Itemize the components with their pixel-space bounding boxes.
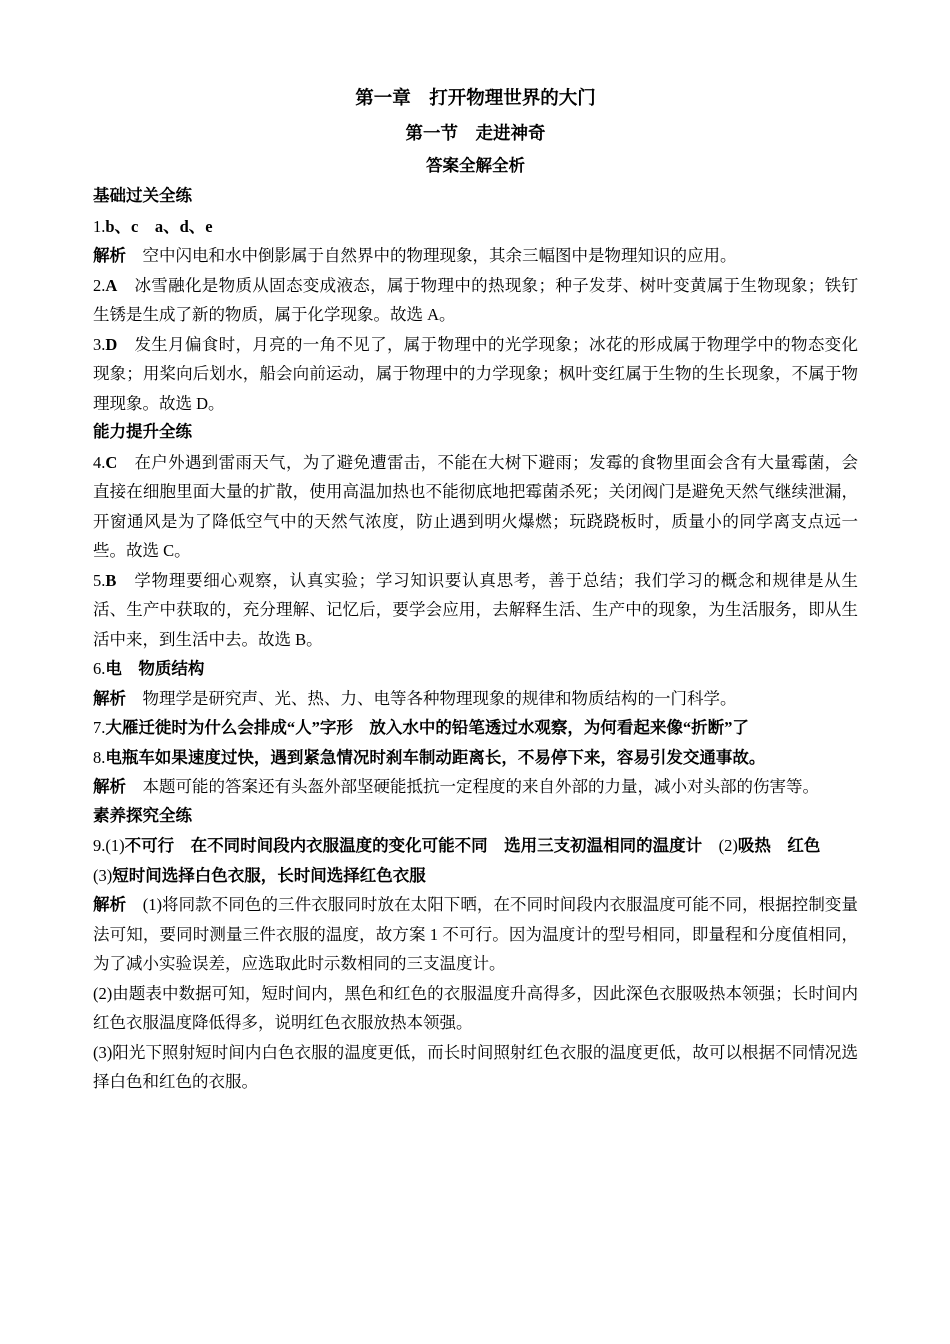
analysis-9-2: (2)由题表中数据可知，短时间内，黑色和红色的衣服温度升高得多，因此深色衣服吸热… [93,979,858,1038]
text-run: (2) [702,836,738,855]
analysis-8: 解析 本题可能的答案还有头盔外部坚硬能抵抗一定程度的来自外部的力量，减小对头部的… [93,772,858,802]
bold-text-run: 素养探究全练 [93,807,192,825]
bold-text-run: 电 物质结构 [105,659,204,678]
answer-9-1-2: 9.(1)不可行 在不同时间段内衣服温度的变化可能不同 选用三支初温相同的温度计… [93,831,858,861]
section-header-ability: 能力提升全练 [93,418,858,448]
text-run: (3)阳光下照射短时间内白色衣服的温度更低，而长时间照射红色衣服的温度更低，故可… [93,1043,858,1092]
text-run: (3) [93,866,112,885]
text-run: (1)将同款不同色的三件衣服同时放在太阳下晒，在不同时间段内衣服温度可能不同，根… [93,895,858,973]
bold-text-run: 能力提升全练 [93,423,192,441]
document-body: 第一章 打开物理世界的大门第一节 走进神奇答案全解全析基础过关全练1.b、c a… [93,80,858,1097]
text-run: 4. [93,453,105,472]
text-run: 1. [93,217,105,236]
text-run: 9.(1) [93,836,125,855]
answer-2: 2.A 冰雪融化是物质从固态变成液态，属于物理中的热现象；种子发芽、树叶变黄属于… [93,271,858,330]
text-run: 5. [93,571,105,590]
answer-9-3: (3)短时间选择白色衣服，长时间选择红色衣服 [93,861,858,891]
bold-text-run: 不可行 在不同时间段内衣服温度的变化可能不同 选用三支初温相同的温度计 [125,836,703,855]
bold-text-run: 大雁迁徙时为什么会排成“人”字形 放入水中的铅笔透过水观察，为何看起来像“折断”… [105,718,749,737]
bold-text-run: 答案全解全析 [426,157,525,175]
text-run: (2)由题表中数据可知，短时间内，黑色和红色的衣服温度升高得多，因此深色衣服吸热… [93,984,858,1033]
answer-1: 1.b、c a、d、e [93,212,858,242]
text-run: 7. [93,718,105,737]
section-title: 第一节 走进神奇 [93,116,858,150]
answer-6: 6.电 物质结构 [93,654,858,684]
text-run: 学物理要细心观察，认真实验；学习知识要认真思考，善于总结；我们学习的概念和规律是… [93,571,858,649]
text-run: 本题可能的答案还有头盔外部坚硬能抵抗一定程度的来自外部的力量，减小对头部的伤害等… [126,777,819,796]
answers-title: 答案全解全析 [93,150,858,182]
answer-7: 7.大雁迁徙时为什么会排成“人”字形 放入水中的铅笔透过水观察，为何看起来像“折… [93,713,858,743]
text-run: 冰雪融化是物质从固态变成液态，属于物理中的热现象；种子发芽、树叶变黄属于生物现象… [93,276,858,325]
text-run: 发生月偏食时，月亮的一角不见了，属于物理中的光学现象；冰花的形成属于物理学中的物… [93,335,858,413]
answer-5: 5.B 学物理要细心观察，认真实验；学习知识要认真思考，善于总结；我们学习的概念… [93,566,858,655]
analysis-1: 解析 空中闪电和水中倒影属于自然界中的物理现象，其余三幅图中是物理知识的应用。 [93,241,858,271]
bold-text-run: 解析 [93,777,126,796]
analysis-9-1: 解析 (1)将同款不同色的三件衣服同时放在太阳下晒，在不同时间段内衣服温度可能不… [93,890,858,979]
bold-text-run: B [105,571,116,590]
text-run: 8. [93,748,105,767]
bold-text-run: b、c a、d、e [105,217,212,236]
bold-text-run: 解析 [93,246,126,265]
text-run: 3. [93,335,105,354]
answer-3: 3.D 发生月偏食时，月亮的一角不见了，属于物理中的光学现象；冰花的形成属于物理… [93,330,858,419]
text-run: 2. [93,276,105,295]
bold-text-run: 第一节 走进神奇 [406,123,546,143]
section-header-basic: 基础过关全练 [93,182,858,212]
bold-text-run: D [105,335,117,354]
bold-text-run: 短时间选择白色衣服，长时间选择红色衣服 [112,866,426,885]
text-run: 在户外遇到雷雨天气，为了避免遭雷击，不能在大树下避雨；发霉的食物里面会含有大量霉… [93,453,858,561]
analysis-6: 解析 物理学是研究声、光、热、力、电等各种物理现象的规律和物质结构的一门科学。 [93,684,858,714]
bold-text-run: 吸热 红色 [738,836,821,855]
answer-sheet-page: 第一章 打开物理世界的大门第一节 走进神奇答案全解全析基础过关全练1.b、c a… [0,0,950,1344]
bold-text-run: 解析 [93,689,126,708]
chapter-title: 第一章 打开物理世界的大门 [93,80,858,116]
bold-text-run: 基础过关全练 [93,187,192,205]
bold-text-run: C [105,453,117,472]
section-header-exploration: 素养探究全练 [93,802,858,832]
bold-text-run: 电瓶车如果速度过快，遇到紧急情况时刹车制动距离长，不易停下来，容易引发交通事故。 [105,748,765,767]
text-run: 6. [93,659,105,678]
bold-text-run: 第一章 打开物理世界的大门 [355,87,596,108]
answer-4: 4.C 在户外遇到雷雨天气，为了避免遭雷击，不能在大树下避雨；发霉的食物里面会含… [93,448,858,566]
bold-text-run: 解析 [93,895,126,914]
answer-8: 8.电瓶车如果速度过快，遇到紧急情况时刹车制动距离长，不易停下来，容易引发交通事… [93,743,858,773]
bold-text-run: A [105,276,117,295]
text-run: 物理学是研究声、光、热、力、电等各种物理现象的规律和物质结构的一门科学。 [126,689,737,708]
text-run: 空中闪电和水中倒影属于自然界中的物理现象，其余三幅图中是物理知识的应用。 [126,246,737,265]
analysis-9-3: (3)阳光下照射短时间内白色衣服的温度更低，而长时间照射红色衣服的温度更低，故可… [93,1038,858,1097]
